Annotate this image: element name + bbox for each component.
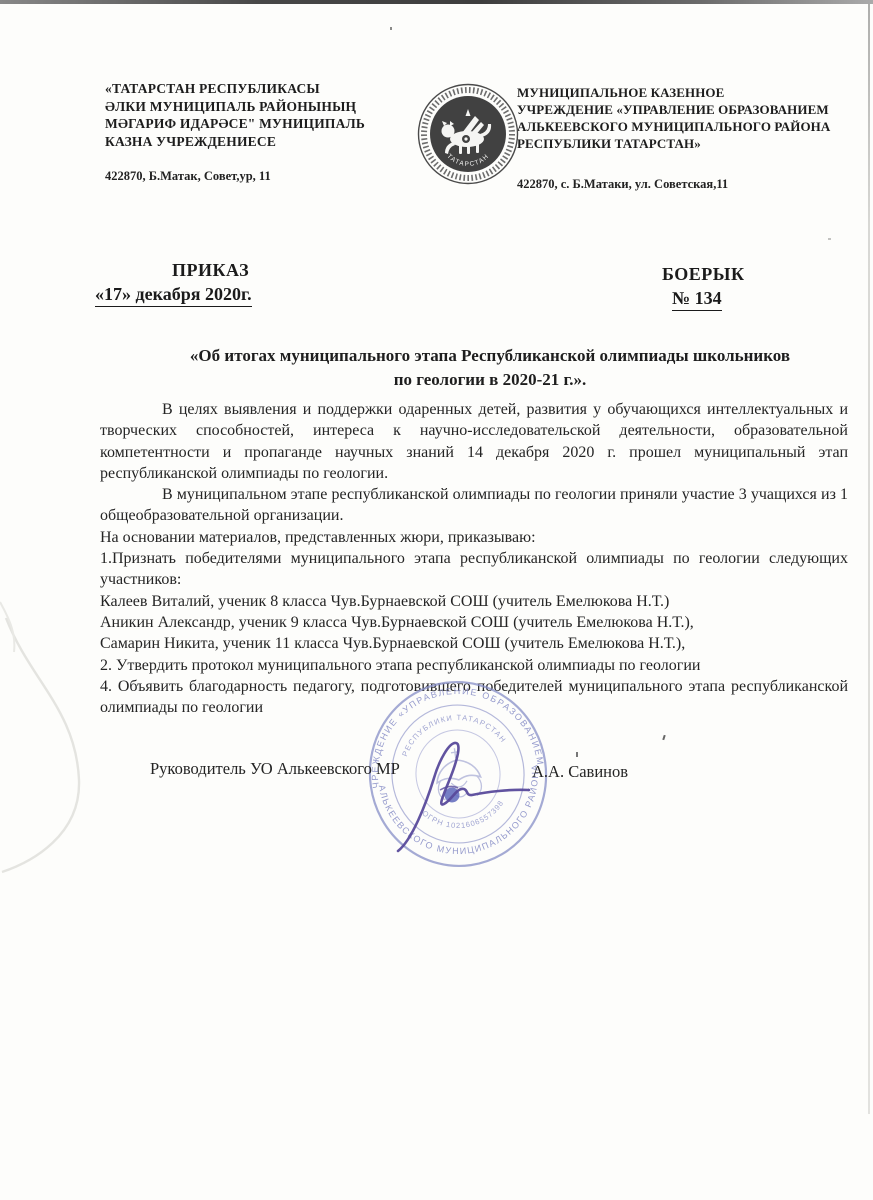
order-date: «17» декабря 2020г. bbox=[95, 284, 252, 307]
signatory-position: Руководитель УО Алькеевского МР bbox=[150, 759, 400, 779]
letterhead-left-line: МӘГАРИФ ИДАРӘСЕ" МУНИЦИПАЛЬ bbox=[105, 115, 445, 133]
body-paragraph-item-1: 1.Признать победителями муниципального э… bbox=[100, 548, 848, 591]
letterhead-right-line: УЧРЕЖДЕНИЕ «УПРАВЛЕНИЕ ОБРАЗОВАНИЕМ bbox=[517, 101, 857, 118]
letterhead-left-line: ӘЛКИ МУНИЦИПАЛЬ РАЙОНЫНЫҢ bbox=[105, 98, 445, 116]
paper-crease bbox=[0, 600, 110, 900]
letterhead-right-line: МУНИЦИПАЛЬНОЕ КАЗЕННОЕ bbox=[517, 84, 857, 101]
signatory-name: А.А. Савинов bbox=[532, 762, 628, 782]
handwritten-signature-icon bbox=[380, 720, 550, 860]
letterhead-left-line: «ТАТАРСТАН РЕСПУБЛИКАСЫ bbox=[105, 80, 445, 98]
document-title: «Об итогах муниципального этапа Республи… bbox=[130, 344, 850, 392]
order-label-russian: ПРИКАЗ bbox=[172, 260, 249, 281]
letterhead-left-tatar: «ТАТАРСТАН РЕСПУБЛИКАСЫ ӘЛКИ МУНИЦИПАЛЬ … bbox=[105, 80, 445, 150]
scan-edge-right bbox=[868, 4, 870, 1114]
letterhead-left-line: КАЗНА УЧРЕЖДЕНИЕСЕ bbox=[105, 133, 445, 151]
body-paragraph: В муниципальном этапе республиканской ол… bbox=[100, 484, 848, 527]
letterhead-right-address: 422870, с. Б.Матаки, ул. Советская,11 bbox=[517, 177, 728, 192]
letterhead-left-address: 422870, Б.Матак, Совет,ур, 11 bbox=[105, 169, 271, 184]
dust-speck bbox=[828, 238, 831, 240]
body-paragraph: В целях выявления и поддержки одаренных … bbox=[100, 399, 848, 484]
scan-edge-top bbox=[0, 0, 873, 4]
letterhead-right-line: АЛЬКЕЕВСКОГО МУНИЦИПАЛЬНОГО РАЙОНА bbox=[517, 118, 857, 135]
dust-speck bbox=[662, 735, 665, 740]
dust-speck bbox=[390, 27, 392, 30]
dust-speck bbox=[576, 752, 578, 757]
scanned-document-page: «ТАТАРСТАН РЕСПУБЛИКАСЫ ӘЛКИ МУНИЦИПАЛЬ … bbox=[0, 0, 873, 1200]
letterhead-right-russian: МУНИЦИПАЛЬНОЕ КАЗЕННОЕ УЧРЕЖДЕНИЕ «УПРАВ… bbox=[517, 84, 857, 152]
winner-line: Калеев Виталий, ученик 8 класса Чув.Бурн… bbox=[100, 591, 848, 612]
document-title-line2: по геологии в 2020-21 г.». bbox=[130, 368, 850, 392]
order-number: № 134 bbox=[672, 288, 722, 311]
winner-line: Аникин Александр, ученик 9 класса Чув.Бу… bbox=[100, 612, 848, 633]
document-title-line1: «Об итогах муниципального этапа Республи… bbox=[130, 344, 850, 368]
body-paragraph: На основании материалов, представленных … bbox=[100, 527, 848, 548]
winner-line: Самарин Никита, ученик 11 класса Чув.Бур… bbox=[100, 633, 848, 654]
letterhead-right-line: РЕСПУБЛИКИ ТАТАРСТАН» bbox=[517, 135, 857, 152]
order-label-tatar: БОЕРЫК bbox=[662, 264, 745, 285]
tatarstan-coat-of-arms-icon: ТАТАРСТАН bbox=[416, 82, 520, 186]
